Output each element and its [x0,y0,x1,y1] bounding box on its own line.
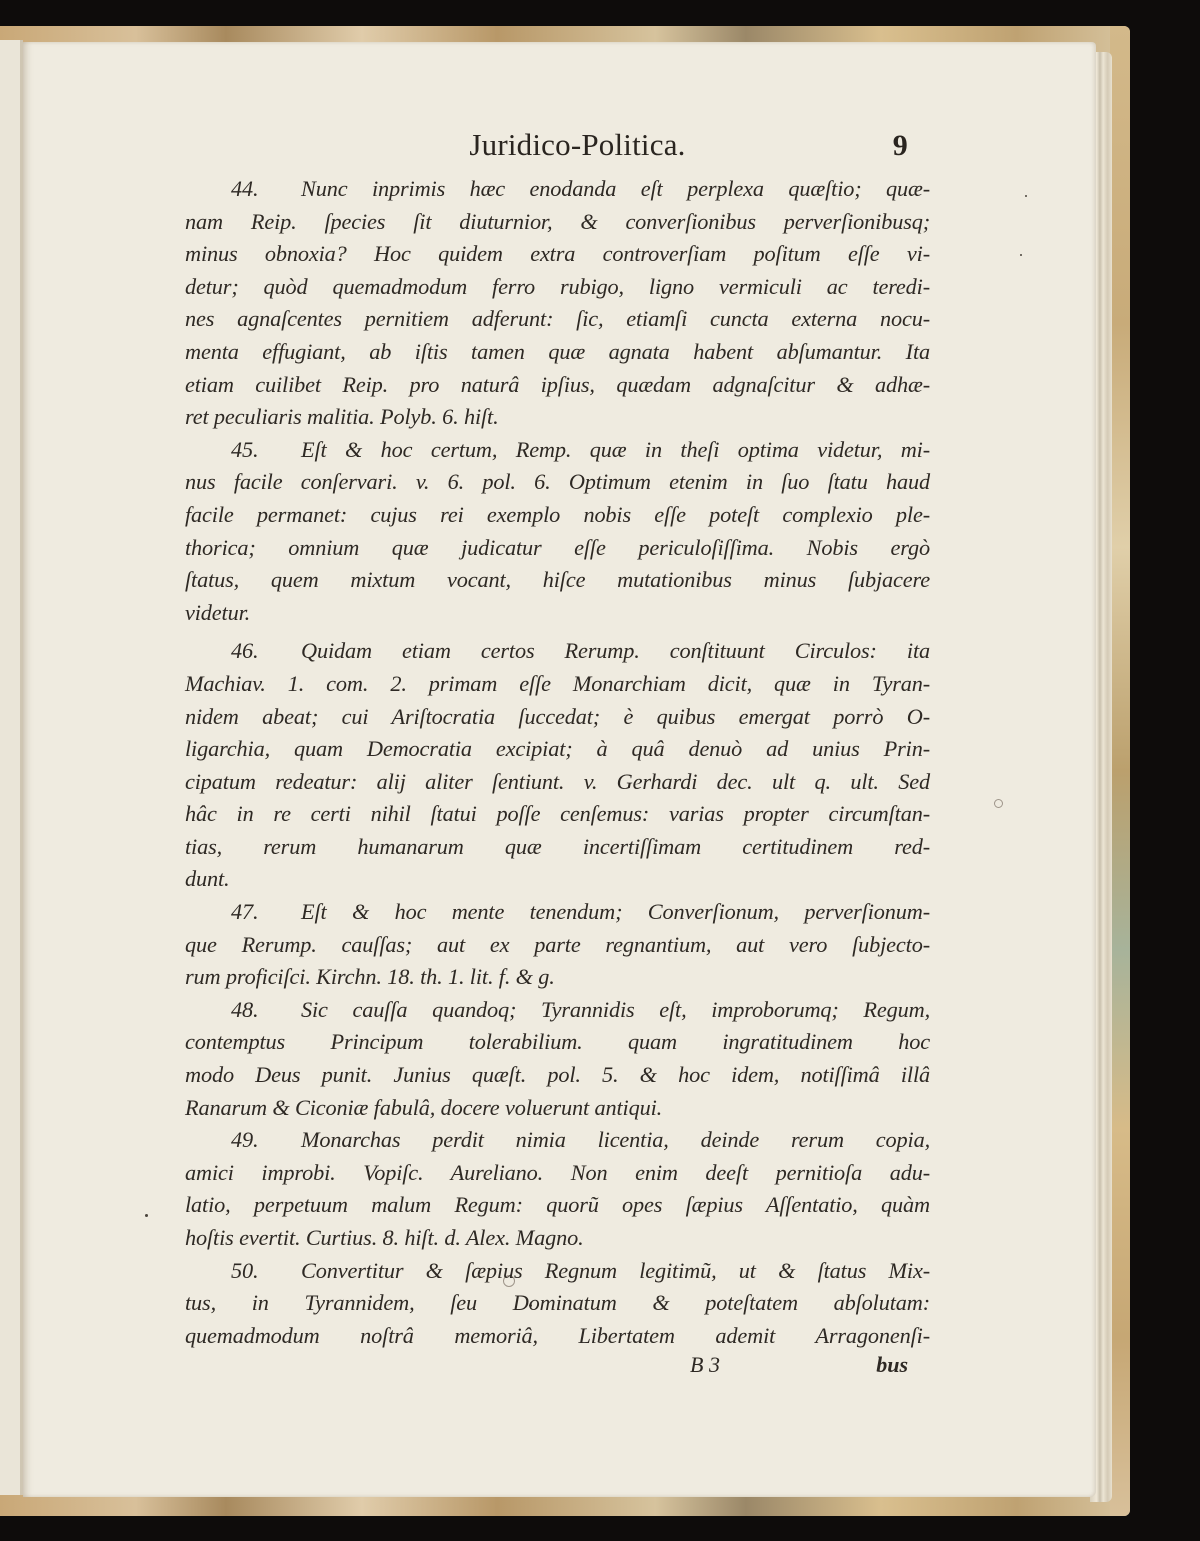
paragraph-46: 46.Quidam etiam certos Rerump. conſtituu… [185,635,930,896]
paragraph-50: 50.Convertitur & ſæpius Regnum legitimũ,… [185,1255,930,1353]
running-head-title: Juridico-Politica. [469,127,685,163]
text-line: hâc in re certi nihil ſtatui poſſe cenſe… [185,798,930,831]
paper-speck [1020,254,1022,256]
text-line: rum proficiſci. Kirchn. 18. th. 1. lit. … [185,961,930,994]
text-line: dunt. [185,863,930,896]
book-page: Juridico-Politica. 9 44.Nunc inprimis hæ… [23,42,1096,1497]
signature-mark: B 3 [690,1352,720,1378]
text-line: thorica; omnium quæ judicatur eſſe peric… [185,532,930,565]
paragraph-48: 48.Sic cauſſa quandoq; Tyrannidis eſt, i… [185,994,930,1124]
text-line: 46.Quidam etiam certos Rerump. conſtituu… [185,635,930,668]
text-line: 44.Nunc inprimis hæc enodanda eſt perple… [185,173,930,206]
paragraph-number: 48. [185,994,301,1027]
text-line: ret peculiaris malitia. Polyb. 6. hiſt. [185,401,930,434]
text-line: detur; quòd quemadmodum ferro rubigo, li… [185,271,930,304]
text-line: nes agnaſcentes pernitiem adferunt: ſic,… [185,303,930,336]
marbled-board-edge-right [1110,26,1130,1516]
catchword: bus [876,1352,908,1378]
text-line: ſtatus, quem mixtum vocant, hiſce mutati… [185,564,930,597]
paragraph-number: 49. [185,1124,301,1157]
text-line: 49.Monarchas perdit nimia licentia, dein… [185,1124,930,1157]
text-line: quemadmodum noſtrâ memoriâ, Libertatem a… [185,1320,930,1353]
text-line: nidem abeat; cui Ariſtocratia ſuccedat; … [185,701,930,734]
paragraph-47: 47.Eſt & hoc mente tenendum; Converſionu… [185,896,930,994]
text-line: Machiav. 1. com. 2. primam eſſe Monarchi… [185,668,930,701]
text-line: 45.Eſt & hoc certum, Remp. quæ in theſi … [185,434,930,467]
text-line: Ranarum & Ciconiæ fabulâ, docere volueru… [185,1092,930,1125]
paragraph-number: 46. [185,635,301,668]
facing-page-sliver [0,40,23,1495]
text-line: minus obnoxia? Hoc quidem extra controve… [185,238,930,271]
text-line: nam Reip. ſpecies ſit diuturnior, & conv… [185,206,930,239]
paragraph-number: 44. [185,173,301,206]
text-line: 48.Sic cauſſa quandoq; Tyrannidis eſt, i… [185,994,930,1027]
paragraph-number: 45. [185,434,301,467]
text-line: contemptus Principum tolerabilium. quam … [185,1026,930,1059]
paragraph-44: 44.Nunc inprimis hæc enodanda eſt perple… [185,173,930,434]
text-line: latio, perpetuum malum Regum: quorũ opes… [185,1189,930,1222]
text-line: 47.Eſt & hoc mente tenendum; Converſionu… [185,896,930,929]
text-line: etiam cuilibet Reip. pro naturâ ipſius, … [185,369,930,402]
paragraph-45: 45.Eſt & hoc certum, Remp. quæ in theſi … [185,434,930,630]
paper-ring-mark [994,799,1003,808]
text-line: tias, rerum humanarum quæ incertiſſimam … [185,831,930,864]
paper-speck [1025,195,1027,197]
text-line: videtur. [185,597,930,630]
page-footer: B 3 bus [185,1352,930,1384]
scan-scene: Juridico-Politica. 9 44.Nunc inprimis hæ… [0,0,1200,1541]
text-line: 50.Convertitur & ſæpius Regnum legitimũ,… [185,1255,930,1288]
text-line: menta effugiant, ab iſtis tamen quæ agna… [185,336,930,369]
text-line: nus facile conſervari. v. 6. pol. 6. Opt… [185,466,930,499]
paragraph-number: 50. [185,1255,301,1288]
page-number: 9 [893,129,908,163]
text-line: que Rerump. cauſſas; aut ex parte regnan… [185,929,930,962]
text-line: tus, in Tyrannidem, ſeu Dominatum & pote… [185,1287,930,1320]
text-line: modo Deus punit. Junius quæſt. pol. 5. &… [185,1059,930,1092]
text-line: hoſtis evertit. Curtius. 8. hiſt. d. Ale… [185,1222,930,1255]
text-line: ligarchia, quam Democratia excipiat; à q… [185,733,930,766]
running-head: Juridico-Politica. 9 [185,127,930,173]
text-line: cipatum redeatur: alij aliter ſentiunt. … [185,766,930,799]
page-content: Juridico-Politica. 9 44.Nunc inprimis hæ… [185,127,930,1384]
text-line: facile permanet: cujus rei exemplo nobis… [185,499,930,532]
text-line: amici improbi. Vopiſc. Aureliano. Non en… [185,1157,930,1190]
paragraph-49: 49.Monarchas perdit nimia licentia, dein… [185,1124,930,1254]
paragraph-number: 47. [185,896,301,929]
paper-speck [145,1214,148,1217]
